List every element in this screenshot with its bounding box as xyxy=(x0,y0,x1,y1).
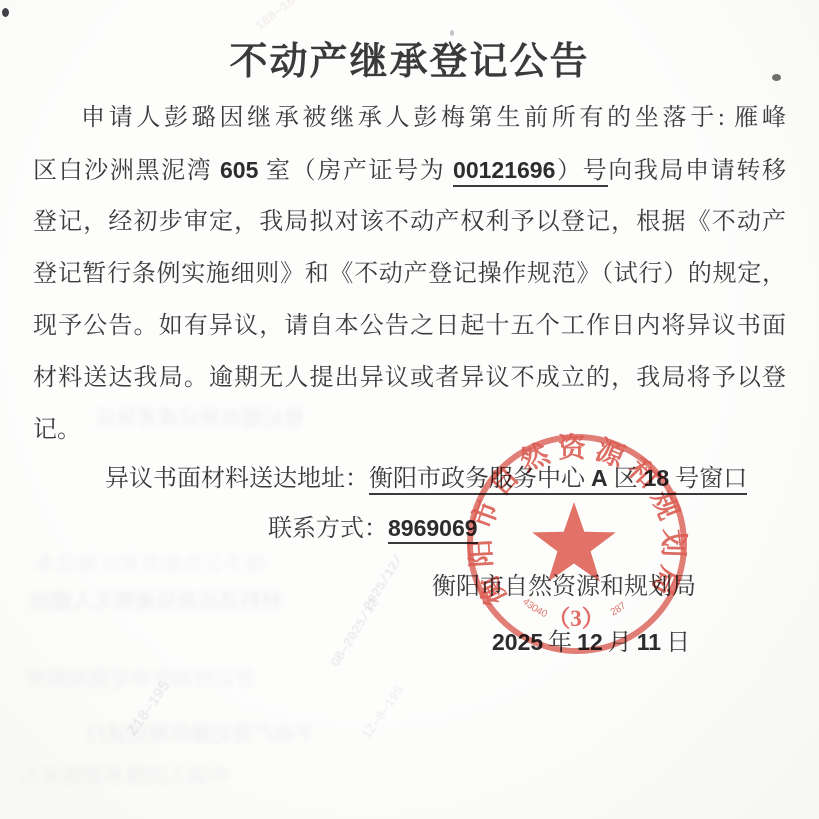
body-text: 向我局申请转移 xyxy=(608,158,786,184)
objection-address-line: 异议书面材料送达地址：衡阳市政务服务中心 A 区 18 号窗口 xyxy=(105,458,747,493)
body-text: ）号 xyxy=(555,158,608,184)
property-cert-number: 00121696 xyxy=(453,157,555,183)
body-text: 材料送达我局。逾期无人提出异议或者异议不成立的，我局将予以登 xyxy=(33,365,786,391)
body-text: 记。 xyxy=(33,417,81,443)
diagonal-scan-mark: 188—16 xyxy=(252,0,298,34)
scan-speck xyxy=(2,8,9,17)
date-year: 2025 xyxy=(492,629,543,655)
date-month-label: 月 xyxy=(608,630,632,656)
date-year-label: 年 xyxy=(548,630,572,656)
zone-letter: A xyxy=(591,465,608,491)
bleedthrough-text: 材料送达我局逾期无人提出 xyxy=(30,585,282,615)
contact-label: 联系方式： xyxy=(268,516,388,542)
body-line: 登记暂行条例实施细则》和《不动产登记操作规范》（试行）的规定， xyxy=(33,248,786,300)
room-number: 605 xyxy=(220,157,258,183)
bleedthrough-text: 不动产登记操作规范试行 xyxy=(85,718,316,748)
body-text: 区白沙洲黑泥湾 xyxy=(33,158,220,184)
body-text: 现予公告。如有异议，请自本公告之日起十五个工作日内将异议书面 xyxy=(33,313,786,339)
body-line: 区白沙洲黑泥湾 605 室（房产证号为 00121696）号向我局申请转移 xyxy=(33,144,786,196)
date-day-label: 日 xyxy=(666,630,690,656)
bleedthrough-text: 登记提出异议或者异议 xyxy=(95,402,305,432)
announcement-date: 2025年12月11日 xyxy=(492,622,695,657)
diagonal-scan-mark: 1Z—8—195 xyxy=(359,683,407,743)
body-text: 室（房产证号为 xyxy=(258,158,453,184)
address-text: 区 xyxy=(608,466,644,492)
address-label: 异议书面材料送达地址： xyxy=(105,466,369,492)
scanned-announcement-page: 登记提出异议或者异议 现予公告如有异议请自本 材料送达我局逾期无人提出 登记经初… xyxy=(0,0,819,819)
body-text: 登记暂行条例实施细则》和《不动产登记操作规范》（试行）的规定， xyxy=(33,261,786,287)
body-text: 登记，经初步审定，我局拟对该不动产权利予以登记，根据《不动产 xyxy=(33,209,786,235)
seal-serial-right: 287 xyxy=(609,600,629,618)
body-line: 材料送达我局。逾期无人提出异议或者异议不成立的，我局将予以登 xyxy=(33,352,786,404)
bleedthrough-text: 现予公告如有异议请自本 xyxy=(35,548,266,578)
agency-signature: 衡阳市自然资源和规划局 xyxy=(432,566,696,601)
date-month: 12 xyxy=(577,629,603,655)
address-text: 号窗口 xyxy=(669,466,747,492)
page-title: 不动产继承登记公告 xyxy=(0,30,819,85)
body-text: 申请人彭璐因继承被继承人彭梅第生前所有的坐落于: 雁峰 xyxy=(81,105,786,131)
window-number: 18 xyxy=(644,465,670,491)
diagonal-scan-mark: GB—2025/12 xyxy=(328,595,382,669)
address-text: 衡阳市政务服务中心 xyxy=(369,466,591,492)
contact-line: 联系方式：8969069 xyxy=(268,508,478,543)
scan-speck xyxy=(450,30,454,36)
body-line: 申请人彭璐因继承被继承人彭梅第生前所有的坐落于: 雁峰 xyxy=(33,92,786,144)
address-value: 衡阳市政务服务中心 A 区 18 号窗口 xyxy=(369,466,747,495)
bleedthrough-text: 申请人因继承被继承人 xyxy=(20,760,230,790)
bleedthrough-text: 登记经初步审定我局拟对 xyxy=(25,663,256,693)
body-line: 登记，经初步审定，我局拟对该不动产权利予以登记，根据《不动产 xyxy=(33,196,786,248)
date-day: 11 xyxy=(637,629,661,655)
scan-speck xyxy=(772,74,781,81)
phone-number: 8969069 xyxy=(388,515,478,544)
body-line: 现予公告。如有异议，请自本公告之日起十五个工作日内将异议书面 xyxy=(33,300,786,352)
